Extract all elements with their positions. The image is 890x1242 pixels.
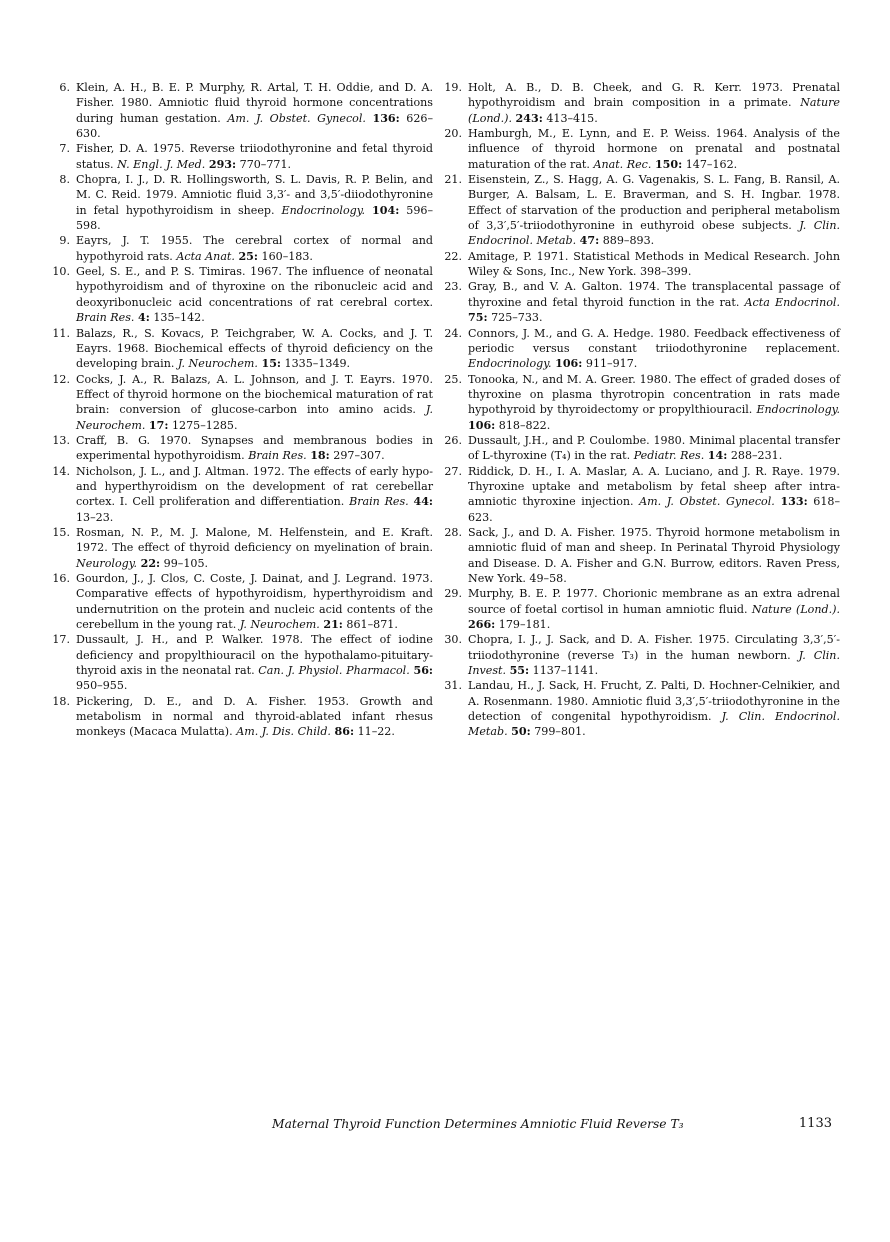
reference-authors: Murphy, B. E. P. 1977. <box>468 587 598 600</box>
reference-number: 26. <box>440 433 462 448</box>
reference-item: 28.Sack, J., and D. A. Fisher. 1975. Thy… <box>440 525 840 586</box>
reference-journal: Pediatr. Res. <box>634 449 705 462</box>
reference-journal: N. Engl. J. Med. <box>117 158 205 171</box>
reference-volume: 55: <box>510 664 530 677</box>
reference-item: 7.Fisher, D. A. 1975. Reverse triiodothy… <box>48 141 433 172</box>
reference-item: 30.Chopra, I. J., J. Sack, and D. A. Fis… <box>440 632 840 678</box>
reference-authors: Hamburgh, M., E. Lynn, and E. P. Weiss. … <box>468 127 747 140</box>
reference-item: 14.Nicholson, J. L., and J. Altman. 1972… <box>48 464 433 525</box>
reference-item: 10.Geel, S. E., and P. S. Timiras. 1967.… <box>48 264 433 325</box>
reference-volume: 15: <box>261 357 281 370</box>
reference-volume: 104: <box>372 204 399 217</box>
reference-pages: 413–415. <box>543 112 598 125</box>
reference-authors: Gourdon, J., J. Clos, C. Coste, J. Daina… <box>76 572 433 585</box>
reference-item: 23.Gray, B., and V. A. Galton. 1974. The… <box>440 279 840 325</box>
reference-journal: Nature (Lond.). <box>752 603 840 616</box>
reference-volume: 136: <box>372 112 399 125</box>
reference-item: 8.Chopra, I. J., D. R. Hollingsworth, S.… <box>48 172 433 233</box>
reference-number: 30. <box>440 632 462 647</box>
reference-journal: J. Neurochem. <box>240 618 320 631</box>
reference-volume: 266: <box>468 618 495 631</box>
reference-item: 11.Balazs, R., S. Kovacs, P. Teichgraber… <box>48 326 433 372</box>
reference-volume: 21: <box>323 618 343 631</box>
reference-authors: Gray, B., and V. A. Galton. 1974. <box>468 280 660 293</box>
reference-authors: Eayrs, J. T. 1955. <box>76 234 192 247</box>
reference-number: 29. <box>440 586 462 601</box>
reference-number: 10. <box>48 264 70 279</box>
reference-volume: 86: <box>335 725 355 738</box>
reference-item: 13.Craff, B. G. 1970. Synapses and membr… <box>48 433 433 464</box>
reference-number: 24. <box>440 326 462 341</box>
reference-authors: Riddick, D. H., I. A. Maslar, A. A. Luci… <box>468 465 840 478</box>
reference-number: 8. <box>48 172 70 187</box>
reference-list-left: 6.Klein, A. H., B. E. P. Murphy, R. Arta… <box>48 80 433 740</box>
reference-number: 11. <box>48 326 70 341</box>
reference-pages: 861–871. <box>343 618 398 631</box>
reference-pages: 770–771. <box>236 158 291 171</box>
reference-authors: Sack, J., and D. A. Fisher. 1975. <box>468 526 652 539</box>
reference-journal: Brain Res. <box>349 495 409 508</box>
reference-number: 20. <box>440 126 462 141</box>
reference-pages: 1275–1285. <box>168 419 237 432</box>
reference-journal: J. Neurochem. <box>178 357 258 370</box>
reference-authors: Holt, A. B., D. B. Cheek, and G. R. Kerr… <box>468 81 783 94</box>
reference-authors: Amitage, P. 1971. <box>468 250 568 263</box>
page-number: 1133 <box>799 1116 832 1132</box>
reference-pages: 160–183. <box>258 250 313 263</box>
reference-authors: Nicholson, J. L., and J. Altman. 1972. <box>76 465 285 478</box>
reference-volume: 17: <box>149 419 169 432</box>
reference-pages: 799–801. <box>531 725 586 738</box>
reference-pages: 818–822. <box>495 419 550 432</box>
reference-pages: 147–162. <box>682 158 737 171</box>
reference-volume: 44: <box>413 495 433 508</box>
reference-pages: 297–307. <box>330 449 385 462</box>
reference-pages: 135–142. <box>150 311 205 324</box>
reference-pages: 99–105. <box>160 557 208 570</box>
reference-authors: Craff, B. G. 1970. <box>76 434 191 447</box>
reference-item: 21.Eisenstein, Z., S. Hagg, A. G. Vagena… <box>440 172 840 249</box>
reference-authors: Eisenstein, Z., S. Hagg, A. G. Vagenakis… <box>468 173 840 201</box>
reference-volume: 293: <box>209 158 236 171</box>
reference-authors: Geel, S. E., and P. S. Timiras. 1967. <box>76 265 282 278</box>
reference-item: 20.Hamburgh, M., E. Lynn, and E. P. Weis… <box>440 126 840 172</box>
reference-item: 15.Rosman, N. P., M. J. Malone, M. Helfe… <box>48 525 433 571</box>
reference-volume: 150: <box>655 158 682 171</box>
reference-number: 31. <box>440 678 462 693</box>
reference-volume: 22: <box>141 557 161 570</box>
reference-volume: 56: <box>413 664 433 677</box>
reference-number: 25. <box>440 372 462 387</box>
reference-journal: Am. J. Obstet. Gynecol. <box>639 495 775 508</box>
reference-journal: Endocrinology. <box>756 403 840 416</box>
reference-authors: Fisher, D. A. 1975. <box>76 142 185 155</box>
reference-item: 18.Pickering, D. E., and D. A. Fisher. 1… <box>48 694 433 740</box>
reference-pages: 725–733. <box>488 311 543 324</box>
reference-journal: Brain Res. <box>76 311 134 324</box>
reference-item: 26.Dussault, J.H., and P. Coulombe. 1980… <box>440 433 840 464</box>
reference-authors: Tonooka, N., and M. A. Greer. 1980. <box>468 373 671 386</box>
reference-pages: 288–231. <box>727 449 782 462</box>
reference-pages: 1137–1141. <box>529 664 598 677</box>
reference-volume: 18: <box>310 449 330 462</box>
reference-pages: 1335–1349. <box>281 357 350 370</box>
reference-journal: Am. J. Obstet. Gynecol. <box>227 112 366 125</box>
reference-title: Effect of starvation of the production a… <box>468 204 840 232</box>
running-title: Maternal Thyroid Function Determines Amn… <box>272 1117 684 1131</box>
reference-authors: Cocks, J. A., R. Balazs, A. L. Johnson, … <box>76 373 433 386</box>
reference-number: 16. <box>48 571 70 586</box>
reference-authors: Dussault, J.H., and P. Coulombe. 1980. <box>468 434 685 447</box>
reference-journal: Acta Anat. <box>176 250 235 263</box>
reference-item: 25.Tonooka, N., and M. A. Greer. 1980. T… <box>440 372 840 433</box>
reference-volume: 75: <box>468 311 488 324</box>
reference-number: 17. <box>48 632 70 647</box>
reference-item: 19.Holt, A. B., D. B. Cheek, and G. R. K… <box>440 80 840 126</box>
reference-title: The effect of thyroid deficiency on myel… <box>108 541 433 554</box>
reference-item: 17.Dussault, J. H., and P. Walker. 1978.… <box>48 632 433 693</box>
reference-volume: 47: <box>580 234 600 247</box>
reference-item: 29.Murphy, B. E. P. 1977. Chorionic memb… <box>440 586 840 632</box>
reference-item: 6.Klein, A. H., B. E. P. Murphy, R. Arta… <box>48 80 433 141</box>
reference-number: 15. <box>48 525 70 540</box>
reference-volume: 106: <box>468 419 495 432</box>
reference-number: 23. <box>440 279 462 294</box>
reference-pages: 889–893. <box>599 234 654 247</box>
reference-journal: Endocrinology. <box>468 357 552 370</box>
reference-volume: 106: <box>555 357 582 370</box>
reference-number: 9. <box>48 233 70 248</box>
reference-number: 13. <box>48 433 70 448</box>
reference-item: 9.Eayrs, J. T. 1955. The cerebral cortex… <box>48 233 433 264</box>
reference-volume: 133: <box>780 495 807 508</box>
reference-journal: Neurology. <box>76 557 137 570</box>
reference-item: 31.Landau, H., J. Sack, H. Frucht, Z. Pa… <box>440 678 840 739</box>
reference-authors: Dussault, J. H., and P. Walker. 1978. <box>76 633 303 646</box>
reference-title: Effect of thyroid hormone on the biochem… <box>76 388 433 416</box>
reference-journal: Endocrinology. <box>282 204 366 217</box>
reference-list-right: 19.Holt, A. B., D. B. Cheek, and G. R. K… <box>440 80 840 740</box>
reference-number: 6. <box>48 80 70 95</box>
reference-authors: Connors, J. M., and G. A. Hedge. 1980. <box>468 327 690 340</box>
reference-journal: Can. J. Physiol. Pharmacol. <box>258 664 409 677</box>
reference-volume: 4: <box>138 311 150 324</box>
reference-number: 28. <box>440 525 462 540</box>
reference-number: 18. <box>48 694 70 709</box>
reference-pages: 11–22. <box>354 725 395 738</box>
page-footer: Maternal Thyroid Function Determines Amn… <box>272 1116 832 1132</box>
reference-volume: 25: <box>238 250 258 263</box>
reference-journal: Acta Endocrinol. <box>745 296 840 309</box>
reference-volume: 14: <box>708 449 728 462</box>
reference-journal: Anat. Rec. <box>593 158 651 171</box>
reference-number: 7. <box>48 141 70 156</box>
reference-volume: 243: <box>516 112 543 125</box>
reference-pages: 950–955. <box>76 679 127 692</box>
reference-pages: 911–917. <box>582 357 637 370</box>
reference-item: 16.Gourdon, J., J. Clos, C. Coste, J. Da… <box>48 571 433 632</box>
reference-journal: Brain Res. <box>248 449 306 462</box>
reference-journal: Am. J. Dis. Child. <box>236 725 331 738</box>
reference-item: 27.Riddick, D. H., I. A. Maslar, A. A. L… <box>440 464 840 525</box>
reference-item: 12.Cocks, J. A., R. Balazs, A. L. Johnso… <box>48 372 433 433</box>
reference-pages: 179–181. <box>495 618 550 631</box>
reference-authors: Pickering, D. E., and D. A. Fisher. 1953… <box>76 695 349 708</box>
reference-number: 21. <box>440 172 462 187</box>
reference-number: 12. <box>48 372 70 387</box>
reference-item: 22.Amitage, P. 1971. Statistical Methods… <box>440 249 840 280</box>
reference-number: 14. <box>48 464 70 479</box>
reference-number: 19. <box>440 80 462 95</box>
reference-pages: 13–23. <box>76 511 113 524</box>
reference-number: 22. <box>440 249 462 264</box>
reference-authors: Chopra, I. J., J. Sack, and D. A. Fisher… <box>468 633 730 646</box>
reference-item: 24.Connors, J. M., and G. A. Hedge. 1980… <box>440 326 840 372</box>
reference-volume: 50: <box>511 725 531 738</box>
reference-number: 27. <box>440 464 462 479</box>
